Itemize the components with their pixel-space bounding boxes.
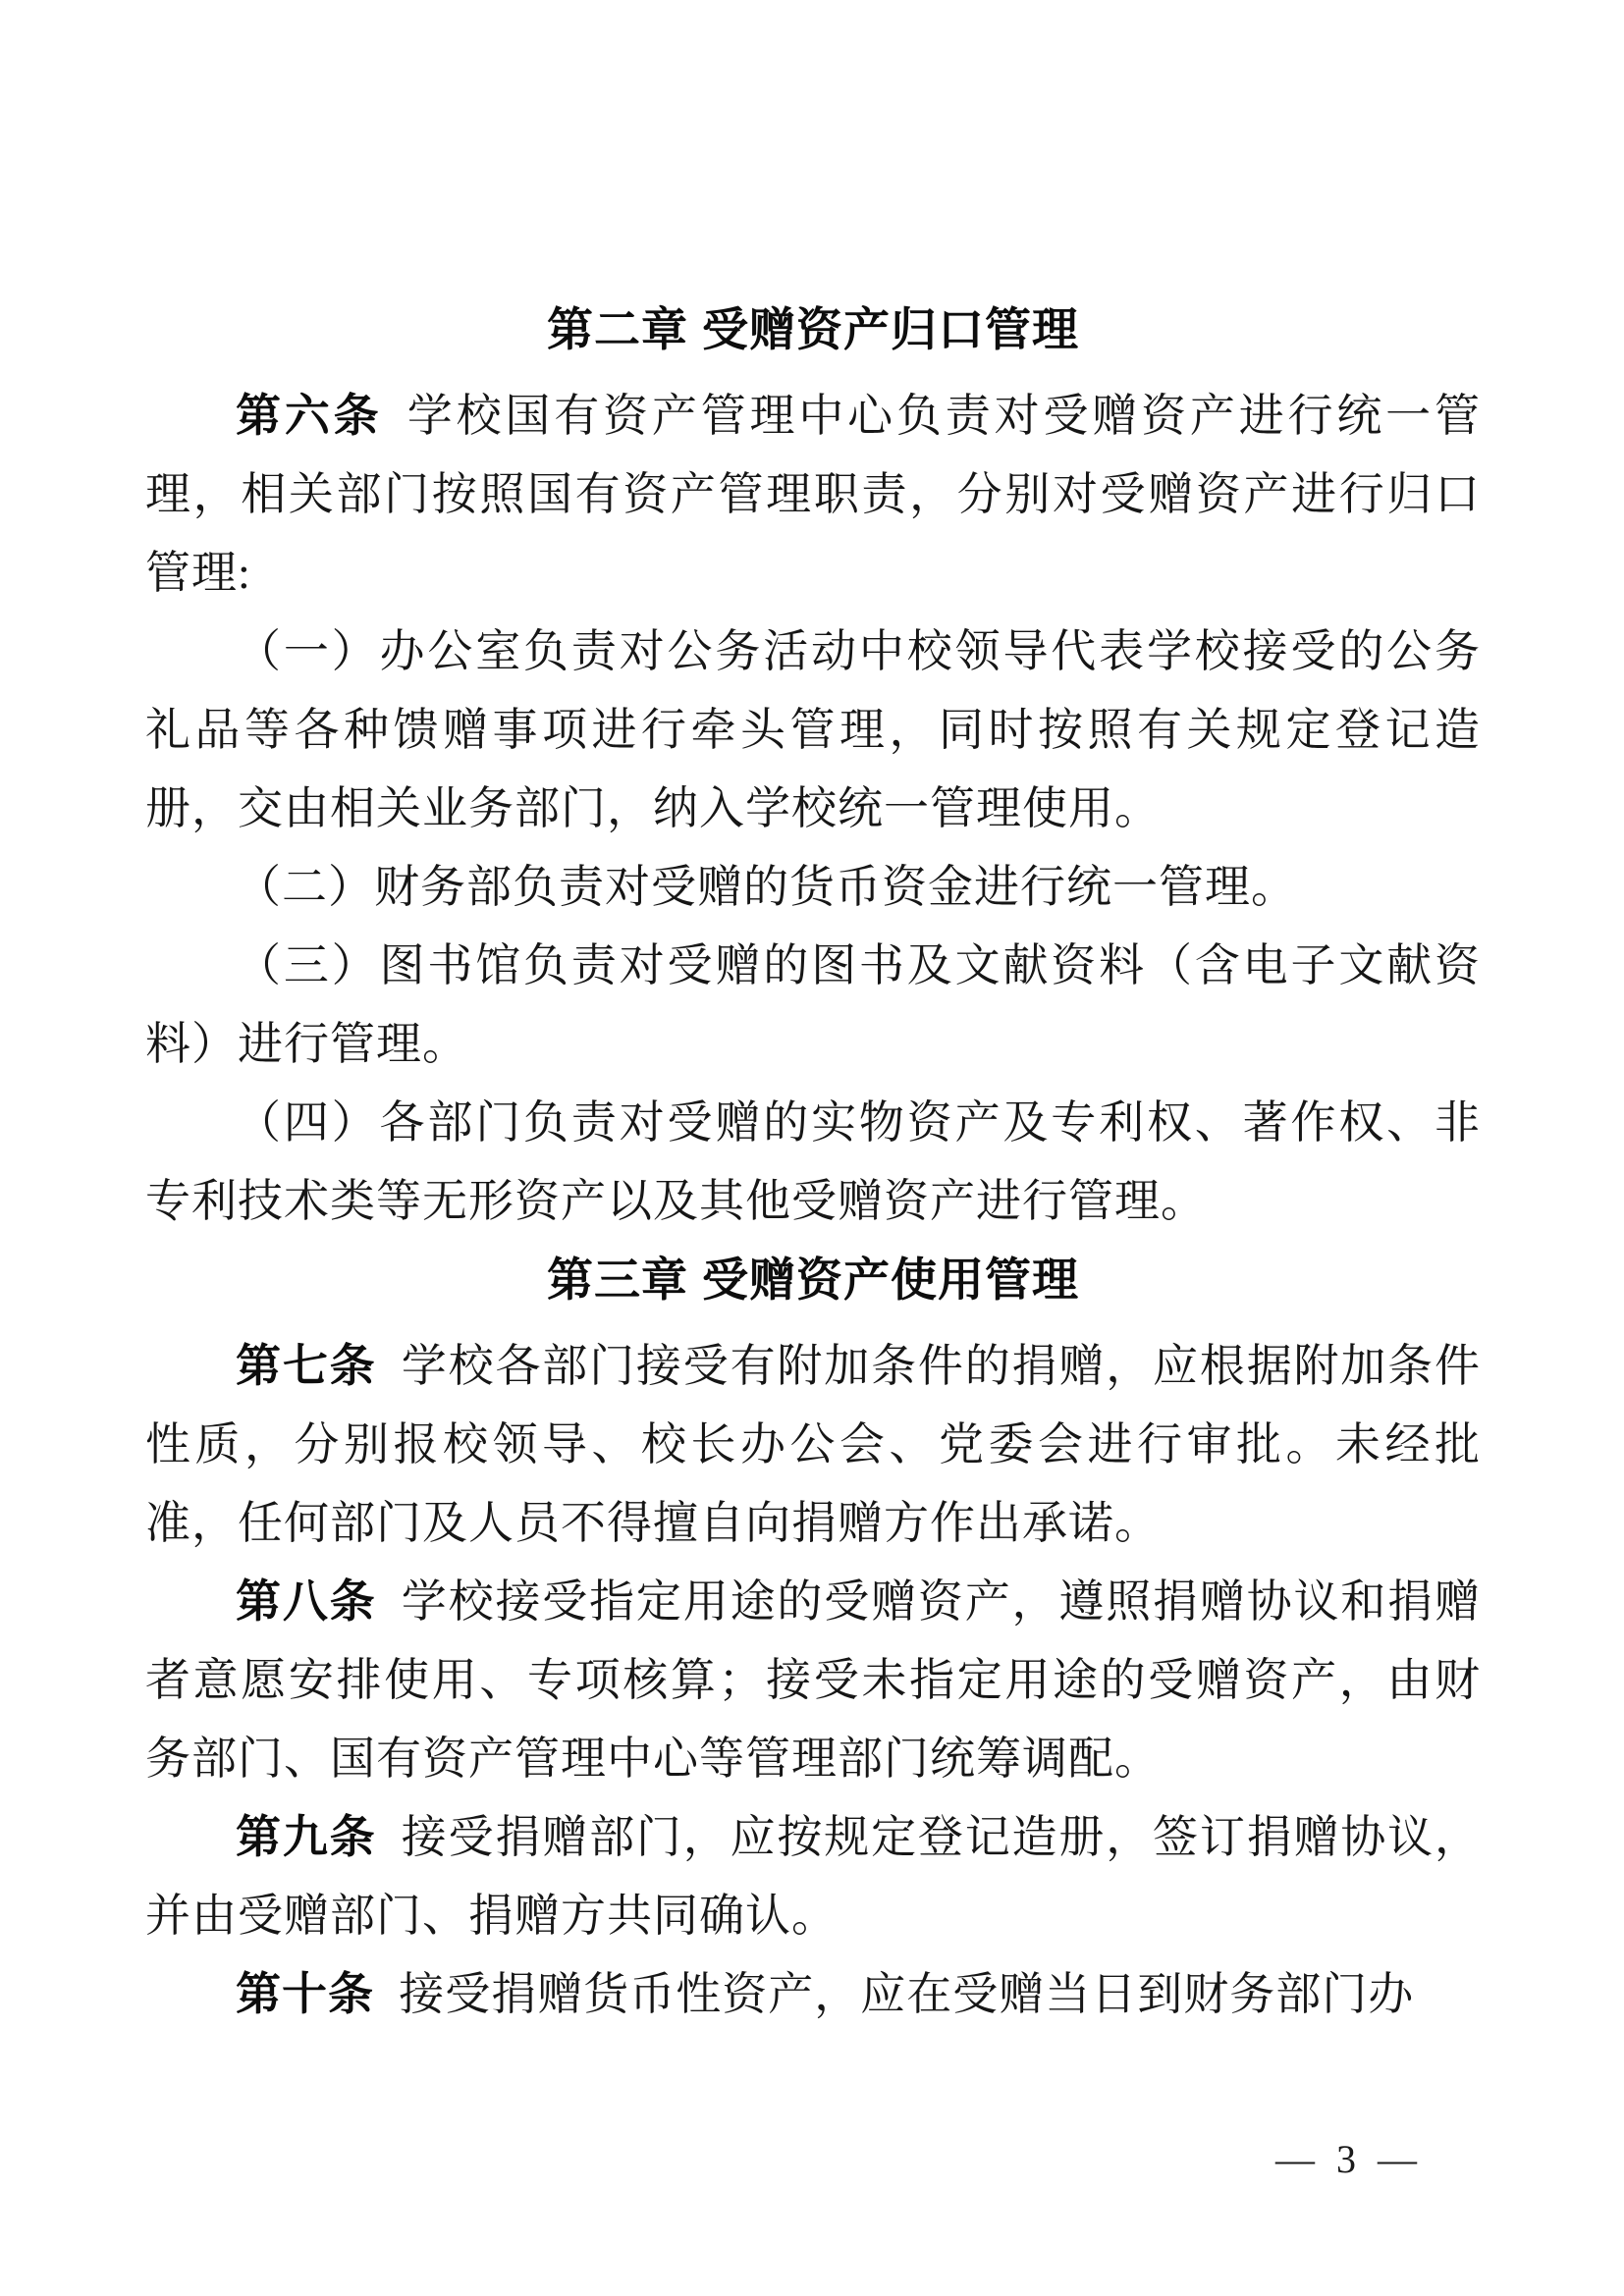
article-9-paragraph: 第九条接受捐赠部门，应按规定登记造册，签订捐赠协议，并由受赠部门、捐赠方共同确认…	[145, 1798, 1481, 1955]
article-8-number: 第八条	[236, 1576, 376, 1627]
document-content: 第二章 受赠资产归口管理 第六条学校国有资产管理中心负责对受赠资产进行统一管理，…	[145, 291, 1481, 2034]
item-2-text: （二）财务部负责对受赠的货币资金进行统一管理。	[236, 862, 1297, 912]
chapter-3-title: 第三章 受赠资产使用管理	[145, 1241, 1481, 1319]
article-10-number: 第十条	[236, 1969, 374, 2019]
article-8-paragraph: 第八条学校接受指定用途的受赠资产，遵照捐赠协议和捐赠者意愿安排使用、专项核算；接…	[145, 1563, 1481, 1798]
item-4-paragraph: （四）各部门负责对受赠的实物资产及专利权、著作权、非专利技术类等无形资产以及其他…	[145, 1084, 1481, 1241]
item-1-paragraph: （一）办公室负责对公务活动中校领导代表学校接受的公务礼品等各种馈赠事项进行牵头管…	[145, 613, 1481, 848]
item-1-text: （一）办公室负责对公务活动中校领导代表学校接受的公务礼品等各种馈赠事项进行牵头管…	[145, 626, 1481, 833]
article-6-paragraph: 第六条学校国有资产管理中心负责对受赠资产进行统一管理，相关部门按照国有资产管理职…	[145, 377, 1481, 613]
item-4-text: （四）各部门负责对受赠的实物资产及专利权、著作权、非专利技术类等无形资产以及其他…	[145, 1097, 1481, 1226]
article-6-number: 第六条	[236, 391, 382, 441]
article-10-paragraph: 第十条接受捐赠货币性资产，应在受赠当日到财务部门办	[145, 1955, 1481, 2034]
page-number: — 3 —	[1275, 2132, 1423, 2187]
article-10-text: 接受捐赠货币性资产，应在受赠当日到财务部门办	[399, 1969, 1414, 2019]
item-3-paragraph: （三）图书馆负责对受赠的图书及文献资料（含电子文献资料）进行管理。	[145, 927, 1481, 1084]
article-7-paragraph: 第七条学校各部门接受有附加条件的捐赠，应根据附加条件性质，分别报校领导、校长办公…	[145, 1327, 1481, 1563]
document-page: 第二章 受赠资产归口管理 第六条学校国有资产管理中心负责对受赠资产进行统一管理，…	[0, 0, 1624, 2296]
chapter-2-title: 第二章 受赠资产归口管理	[145, 291, 1481, 369]
item-2-paragraph: （二）财务部负责对受赠的货币资金进行统一管理。	[145, 848, 1481, 927]
article-7-number: 第七条	[236, 1341, 376, 1391]
item-3-text: （三）图书馆负责对受赠的图书及文献资料（含电子文献资料）进行管理。	[145, 940, 1481, 1069]
article-9-number: 第九条	[236, 1812, 376, 1862]
